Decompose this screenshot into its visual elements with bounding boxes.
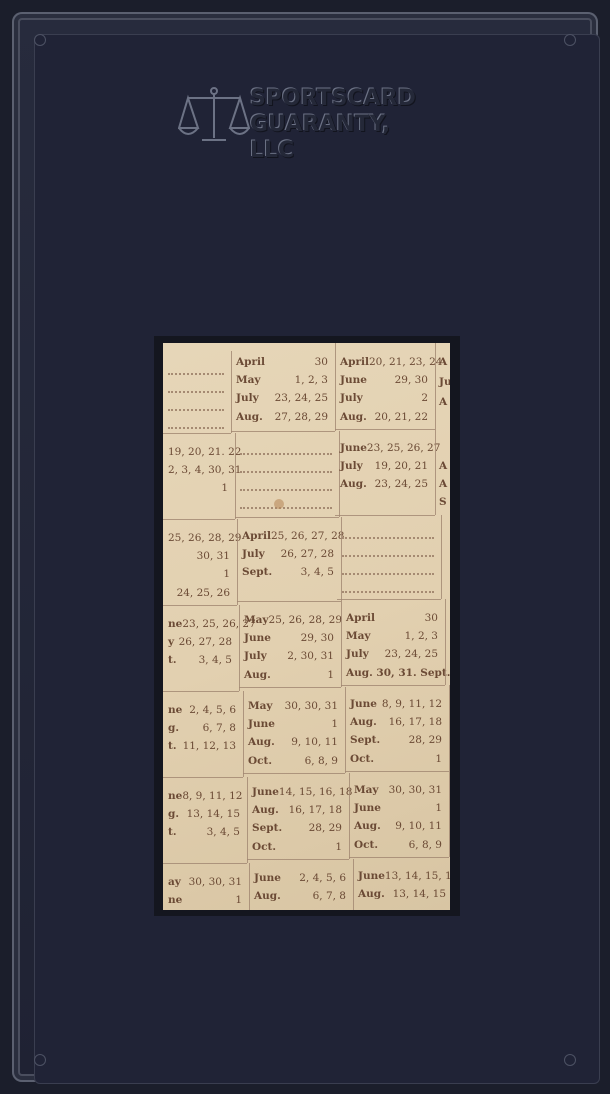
- scales-icon: [178, 86, 250, 146]
- dates-value: 23, 24, 25: [385, 645, 438, 663]
- grid-line: [163, 519, 235, 520]
- month-label: June: [252, 783, 279, 801]
- schedule-row: April30: [346, 609, 438, 627]
- month-label: April: [346, 609, 375, 627]
- grid-line: [235, 517, 339, 518]
- month-label: Oct.: [248, 752, 272, 770]
- dates-value: 2: [421, 389, 428, 407]
- schedule-block: June8, 9, 11, 12Aug.16, 17, 18Sept.28, 2…: [350, 695, 442, 768]
- schedule-row: July23, 24, 25: [346, 645, 438, 663]
- schedule-block: April20, 21, 23, 24June29, 30July2Aug.20…: [340, 353, 428, 426]
- dates-value: 28, 29: [309, 819, 342, 837]
- schedule-row: June13, 14, 15, 16: [358, 867, 446, 885]
- grid-line: [449, 771, 450, 857]
- schedule-row: July2, 30, 31: [244, 647, 334, 665]
- grid-line: [237, 601, 341, 602]
- dates-value: 20, 21, 22: [375, 408, 428, 426]
- schedule-row: 24, 25, 26: [168, 584, 230, 602]
- schedule-block: April30May1, 2, 3July23, 24, 25Aug.27, 2…: [236, 353, 328, 426]
- dotted-blank-line: [168, 373, 224, 375]
- month-label: April: [242, 527, 271, 545]
- dates-value: 9, 10, 11: [291, 733, 338, 751]
- schedule-row: Aug.9, 10, 11: [248, 733, 338, 751]
- month-label: April: [236, 353, 265, 371]
- dotted-blank-line: [240, 453, 332, 455]
- dates-value: 6, 7, 8: [203, 719, 236, 737]
- schedule-row: Aug.23, 24, 25: [340, 475, 428, 493]
- grid-line: [337, 599, 441, 600]
- month-label: Oct.: [354, 836, 378, 854]
- dotted-blank-line: [342, 573, 434, 575]
- brand-line-2: GUARANTY, LLC: [250, 112, 438, 164]
- schedule-block: June23, 25, 26, 27July19, 20, 21Aug.23, …: [340, 439, 428, 494]
- schedule-row: June1: [248, 715, 338, 733]
- dates-value: 3, 4, 5: [207, 823, 240, 841]
- month-label: May: [354, 781, 379, 799]
- month-label: Sept.: [242, 563, 272, 581]
- dates-value: 1: [435, 799, 442, 817]
- baseball-card-back: April30May1, 2, 3July23, 24, 25Aug.27, 2…: [163, 343, 450, 910]
- schedule-row: Aug.6, 7, 8: [254, 887, 346, 905]
- schedule-row: t.11, 12, 13: [168, 737, 236, 755]
- dates-value: 8, 9, 11, 12: [382, 695, 442, 713]
- month-label: t.: [168, 823, 177, 841]
- rivet-icon: [564, 34, 576, 46]
- grid-line: [435, 343, 436, 429]
- dates-value: 26, 27, 28: [281, 545, 334, 563]
- schedule-block: 19, 20, 21. 222, 3, 4, 30, 311: [168, 443, 228, 498]
- schedule-row: April20, 21, 23, 24: [340, 353, 428, 371]
- dotted-blank-line: [240, 489, 332, 491]
- dates-value: 2, 4, 5, 6: [299, 869, 346, 887]
- month-label: ay: [168, 873, 181, 891]
- dates-value: 13, 14, 15, 16: [385, 867, 450, 885]
- dates-value: 23, 24, 25: [275, 389, 328, 407]
- dates-value: 2, 4, 5, 6: [189, 701, 236, 719]
- schedule-row: May30, 30, 31: [354, 781, 442, 799]
- dotted-blank-line: [240, 471, 332, 473]
- month-label: April: [340, 353, 369, 371]
- grid-line: [341, 517, 342, 601]
- dates-value: 30, 30, 31: [389, 781, 442, 799]
- schedule-block: May30, 30, 31June1Aug.9, 10, 11Oct.6, 8,…: [248, 697, 338, 770]
- grid-line: [231, 351, 232, 433]
- schedule-row: July2: [340, 389, 428, 407]
- dates-value: 27, 28, 29: [275, 408, 328, 426]
- schedule-row: Aug.16, 17, 18: [252, 801, 342, 819]
- schedule-row: June8, 9, 11, 12: [350, 695, 442, 713]
- dates-value: 1: [223, 565, 230, 583]
- grid-line: [435, 429, 436, 515]
- schedule-row: 1: [168, 479, 228, 497]
- schedule-row: May1, 2, 3: [236, 371, 328, 389]
- schedule-row: Aug. 30, 31. Sept.1: [346, 664, 438, 682]
- schedule-block: ne23, 25, 26, 27y26, 27, 28t.3, 4, 5: [168, 615, 232, 670]
- schedule-row: ne1: [168, 891, 242, 909]
- schedule-row: g.6, 7, 8: [168, 719, 236, 737]
- grid-line: [243, 773, 345, 774]
- dotted-blank-line: [342, 591, 434, 593]
- grid-line: [341, 601, 342, 687]
- schedule-row: June14, 15, 16, 18: [252, 783, 342, 801]
- schedule-row: June23, 25, 26, 27: [340, 439, 428, 457]
- dotted-blank-line: [342, 555, 434, 557]
- grid-line: [441, 515, 442, 599]
- dates-value: 8, 9, 11, 12: [182, 787, 242, 805]
- rivet-icon: [34, 34, 46, 46]
- schedule-row: June2, 4, 5, 6: [254, 869, 346, 887]
- edge-letter: Ju: [439, 373, 450, 391]
- month-label: y: [168, 633, 174, 651]
- dates-value: 1: [327, 666, 334, 684]
- grid-line: [163, 433, 231, 434]
- schedule-row: Oct.6, 8, 9: [248, 752, 338, 770]
- edge-letter: A: [439, 475, 447, 493]
- schedule-row: May30, 30, 31: [248, 697, 338, 715]
- month-label: Oct.: [252, 838, 276, 856]
- dates-value: 1, 2, 3: [405, 627, 438, 645]
- month-label: June: [248, 715, 275, 733]
- grid-line: [345, 687, 346, 773]
- dates-value: 6, 7, 8: [313, 887, 346, 905]
- sgc-brand-text: SPORTSCARD GUARANTY, LLC: [250, 86, 438, 164]
- schedule-row: Oct.1: [350, 750, 442, 768]
- dates-value: 30, 31: [197, 547, 230, 565]
- dates-value: 23, 25, 26, 27: [367, 439, 440, 457]
- schedule-row: t.3, 4, 5: [168, 823, 240, 841]
- month-label: ne: [168, 701, 182, 719]
- month-label: June: [340, 439, 367, 457]
- schedule-row: t.3, 4, 5: [168, 651, 232, 669]
- month-label: July: [242, 545, 265, 563]
- schedule-row: 1: [168, 565, 230, 583]
- dates-value: 29, 30: [301, 629, 334, 647]
- month-label: Sept.: [252, 819, 282, 837]
- dates-value: 1: [435, 750, 442, 768]
- month-label: Aug.: [244, 666, 271, 684]
- dates-value: 13, 14, 15: [393, 885, 446, 903]
- grid-line: [247, 859, 349, 860]
- brand-line-1: SPORTSCARD: [250, 86, 438, 112]
- dates-value: 16, 17, 18: [289, 801, 342, 819]
- month-label: July: [346, 645, 369, 663]
- dates-value: 23, 24, 25: [375, 475, 428, 493]
- month-label: Aug.: [236, 408, 263, 426]
- schedule-block: June2, 4, 5, 6Aug.6, 7, 8: [254, 869, 346, 905]
- month-label: t.: [168, 651, 177, 669]
- dates-value: 6, 8, 9: [409, 836, 442, 854]
- dotted-blank-line: [168, 391, 224, 393]
- dates-value: 11, 12, 13: [183, 737, 236, 755]
- grid-line: [231, 431, 335, 432]
- dates-value: 9, 10, 11: [395, 817, 442, 835]
- month-label: July: [244, 647, 267, 665]
- month-label: May: [236, 371, 261, 389]
- schedule-row: y26, 27, 28: [168, 633, 232, 651]
- month-label: ne: [168, 615, 182, 633]
- schedule-block: June14, 15, 16, 18Aug.16, 17, 18Sept.28,…: [252, 783, 342, 856]
- schedule-row: ne23, 25, 26, 27: [168, 615, 232, 633]
- month-label: ne: [168, 891, 182, 909]
- grid-line: [163, 863, 247, 864]
- dates-value: 13, 14, 15: [187, 805, 240, 823]
- dates-value: 16, 17, 18: [389, 713, 442, 731]
- dates-value: 30, 30, 31: [285, 697, 338, 715]
- month-label: t.: [168, 737, 177, 755]
- dates-value: 25, 26, 28, 29: [168, 529, 241, 547]
- dates-value: 19, 20, 21. 22: [168, 443, 241, 461]
- schedule-row: Aug.1: [244, 666, 334, 684]
- schedule-row: Oct.6, 8, 9: [354, 836, 442, 854]
- month-label: ne: [168, 787, 182, 805]
- dates-value: 1: [235, 891, 242, 909]
- sgc-logo: SPORTSCARD GUARANTY, LLC: [178, 86, 438, 146]
- month-label: Aug.: [248, 733, 275, 751]
- dates-value: 30, 30, 31: [189, 873, 242, 891]
- dates-value: 1: [331, 715, 338, 733]
- schedule-row: Aug.9, 10, 11: [354, 817, 442, 835]
- dates-value: 2, 30, 31: [287, 647, 334, 665]
- dates-value: 24, 25, 26: [177, 584, 230, 602]
- dates-value: 14, 15, 16, 18: [279, 783, 352, 801]
- dates-value: 29, 30: [395, 371, 428, 389]
- month-label: Aug. 30, 31. Sept.: [346, 664, 450, 682]
- rivet-icon: [34, 1054, 46, 1066]
- grid-line: [335, 515, 435, 516]
- dates-value: 3, 4, 5: [301, 563, 334, 581]
- month-label: June: [340, 371, 367, 389]
- schedule-row: July23, 24, 25: [236, 389, 328, 407]
- month-label: Aug.: [340, 408, 367, 426]
- edge-letter: S: [439, 493, 447, 511]
- stain-spot: [274, 499, 284, 509]
- dates-value: 30: [425, 609, 438, 627]
- grid-line: [449, 685, 450, 771]
- grid-line: [163, 605, 237, 606]
- dotted-blank-line: [342, 537, 434, 539]
- schedule-row: ay30, 30, 31: [168, 873, 242, 891]
- schedule-row: g.13, 14, 15: [168, 805, 240, 823]
- schedule-block: 25, 26, 28, 2930, 31124, 25, 26: [168, 529, 230, 602]
- schedule-row: Aug.13, 14, 15: [358, 885, 446, 903]
- dates-value: 6, 8, 9: [305, 752, 338, 770]
- grid-line: [163, 691, 239, 692]
- schedule-row: 30, 31: [168, 547, 230, 565]
- grid-line: [341, 685, 445, 686]
- dates-value: 1: [221, 479, 228, 497]
- month-label: Oct.: [350, 750, 374, 768]
- dates-value: 25, 26, 27, 28: [271, 527, 344, 545]
- grid-line: [445, 599, 446, 685]
- grid-line: [239, 687, 341, 688]
- schedule-row: May1, 2, 3: [346, 627, 438, 645]
- month-label: Aug.: [354, 817, 381, 835]
- month-label: Aug.: [254, 887, 281, 905]
- month-label: Aug.: [358, 885, 385, 903]
- grid-line: [249, 863, 250, 910]
- month-label: May: [346, 627, 371, 645]
- dates-value: 2, 3, 4, 30, 31: [168, 461, 241, 479]
- dates-value: 25, 26, 28, 29: [269, 611, 342, 629]
- dates-value: 30: [315, 353, 328, 371]
- schedule-row: 19, 20, 21. 22: [168, 443, 228, 461]
- month-label: Aug.: [340, 475, 367, 493]
- dates-value: 28, 29: [409, 731, 442, 749]
- edge-letter: A: [439, 457, 447, 475]
- schedule-row: Sept.28, 29: [350, 731, 442, 749]
- schedule-row: April30: [236, 353, 328, 371]
- grid-line: [335, 429, 435, 430]
- grid-line: [349, 857, 449, 858]
- grid-line: [239, 605, 240, 691]
- schedule-block: ne2, 4, 5, 6g.6, 7, 8t.11, 12, 13: [168, 701, 236, 756]
- grid-line: [163, 777, 243, 778]
- schedule-block: April25, 26, 27, 28July26, 27, 28Sept.3,…: [242, 527, 334, 582]
- grid-line: [237, 519, 238, 605]
- dates-value: 26, 27, 28: [179, 633, 232, 651]
- grid-line: [353, 859, 354, 910]
- schedule-row: Aug.20, 21, 22: [340, 408, 428, 426]
- month-label: June: [254, 869, 281, 887]
- month-label: May: [248, 697, 273, 715]
- edge-letter: A: [439, 393, 447, 411]
- grid-line: [243, 691, 244, 777]
- schedule-block: ay30, 30, 31ne1: [168, 873, 242, 909]
- schedule-row: July19, 20, 21: [340, 457, 428, 475]
- schedule-row: May25, 26, 28, 29: [244, 611, 334, 629]
- schedule-block: April30May1, 2, 3July23, 24, 25Aug. 30, …: [346, 609, 438, 682]
- schedule-row: June29, 30: [244, 629, 334, 647]
- schedule-row: June1: [354, 799, 442, 817]
- edge-letter: A: [439, 353, 447, 371]
- grid-line: [349, 773, 350, 859]
- schedule-block: June13, 14, 15, 16Aug.13, 14, 15: [358, 867, 446, 903]
- dates-value: 1: [335, 838, 342, 856]
- schedule-row: Sept.28, 29: [252, 819, 342, 837]
- month-label: June: [354, 799, 381, 817]
- rivet-icon: [564, 1054, 576, 1066]
- schedule-row: 25, 26, 28, 29: [168, 529, 230, 547]
- schedule-row: June29, 30: [340, 371, 428, 389]
- schedule-row: Oct.1: [252, 838, 342, 856]
- month-label: g.: [168, 719, 179, 737]
- schedule-row: Sept.3, 4, 5: [242, 563, 334, 581]
- month-label: June: [350, 695, 377, 713]
- month-label: May: [244, 611, 269, 629]
- month-label: June: [244, 629, 271, 647]
- month-label: June: [358, 867, 385, 885]
- dotted-blank-line: [240, 507, 332, 509]
- dates-value: 1, 2, 3: [295, 371, 328, 389]
- grid-line: [345, 771, 449, 772]
- schedule-block: May30, 30, 31June1Aug.9, 10, 11Oct.6, 8,…: [354, 781, 442, 854]
- dates-value: 3, 4, 5: [199, 651, 232, 669]
- dotted-blank-line: [168, 409, 224, 411]
- month-label: Sept.: [350, 731, 380, 749]
- month-label: g.: [168, 805, 179, 823]
- schedule-row: April25, 26, 27, 28: [242, 527, 334, 545]
- schedule-block: ne8, 9, 11, 12g.13, 14, 15t.3, 4, 5: [168, 787, 240, 842]
- month-label: Aug.: [350, 713, 377, 731]
- schedule-row: 2, 3, 4, 30, 31: [168, 461, 228, 479]
- schedule-row: July26, 27, 28: [242, 545, 334, 563]
- grid-line: [247, 777, 248, 863]
- schedule-row: Aug.16, 17, 18: [350, 713, 442, 731]
- month-label: July: [340, 457, 363, 475]
- schedule-block: May25, 26, 28, 29June29, 30July2, 30, 31…: [244, 611, 334, 684]
- dotted-blank-line: [168, 427, 224, 429]
- schedule-row: Aug.27, 28, 29: [236, 408, 328, 426]
- schedule-row: ne2, 4, 5, 6: [168, 701, 236, 719]
- dates-value: 19, 20, 21: [375, 457, 428, 475]
- month-label: Aug.: [252, 801, 279, 819]
- grid-line: [235, 433, 236, 519]
- schedule-row: ne8, 9, 11, 12: [168, 787, 240, 805]
- dates-value: 20, 21, 23, 24: [369, 353, 442, 371]
- month-label: July: [340, 389, 363, 407]
- grid-line: [335, 343, 336, 431]
- month-label: July: [236, 389, 259, 407]
